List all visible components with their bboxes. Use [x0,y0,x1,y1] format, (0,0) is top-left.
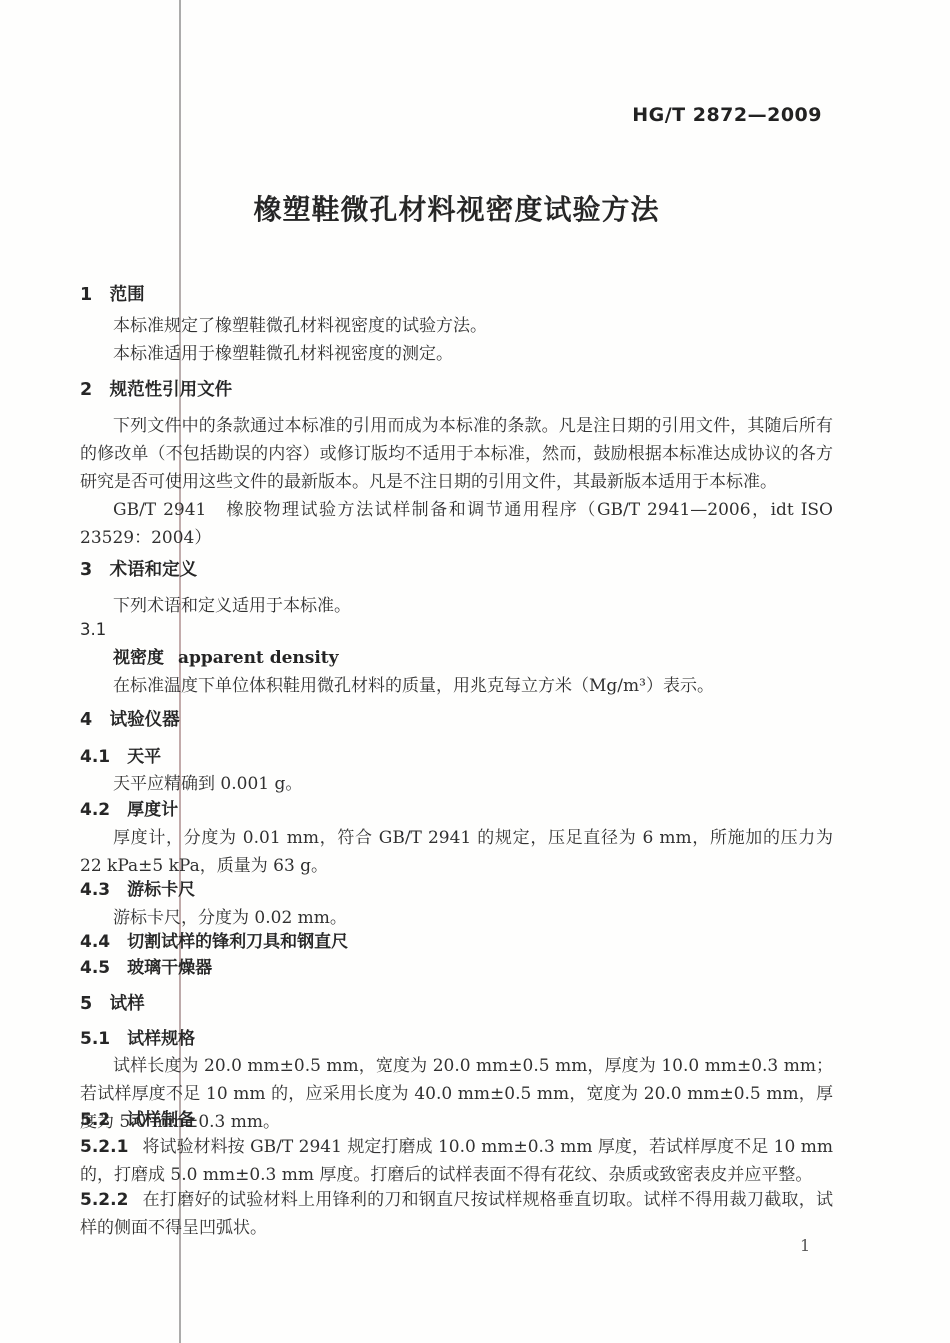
scanned-standard-page: HG/T 2872—2009 橡塑鞋微孔材料视密度试验方法 1 范围 本标准规定… [0,0,950,1343]
section-1-paragraph-1: 本标准规定了橡塑鞋微孔材料视密度的试验方法。 [80,312,833,340]
section-2-reference: GB/T 2941 橡胶物理试验方法试样制备和调节通用程序（GB/T 2941—… [80,496,833,552]
section-3-paragraph: 下列术语和定义适用于本标准。 [80,592,833,620]
clause-5-2-heading: 5.2 试样制备 [80,1108,833,1132]
section-1-paragraph-2: 本标准适用于橡塑鞋微孔材料视密度的测定。 [80,340,833,368]
clause-4-5-heading: 4.5 玻璃干燥器 [80,956,833,980]
clause-4-1-heading: 4.1 天平 [80,745,833,769]
clause-4-3-heading: 4.3 游标卡尺 [80,878,833,902]
section-4-heading: 4 试验仪器 [80,708,833,732]
clause-5-2-1-number: 5.2.1 [80,1137,128,1157]
clause-5-2-1-text: 将试验材料按 GB/T 2941 规定打磨成 10.0 mm±0.3 mm 厚度… [80,1137,833,1185]
clause-5-2-2-text: 在打磨好的试验材料上用锋利的刀和钢直尺按试样规格垂直切取。试样不得用裁刀截取，试… [80,1190,833,1238]
clause-4-4-heading: 4.4 切割试样的锋利刀具和钢直尺 [80,930,833,954]
clause-5-1-heading: 5.1 试样规格 [80,1027,833,1051]
page-number: 1 [800,1236,810,1255]
term-english: apparent density [178,648,339,668]
section-2-heading: 2 规范性引用文件 [80,378,833,402]
clause-4-3-paragraph: 游标卡尺，分度为 0.02 mm。 [80,904,833,932]
section-5-heading: 5 试样 [80,992,833,1016]
section-3-heading: 3 术语和定义 [80,558,833,582]
section-1-heading: 1 范围 [80,283,833,307]
term-definition-line: 视密度apparent density [80,645,833,671]
section-2-paragraph: 下列文件中的条款通过本标准的引用而成为本标准的条款。凡是注日期的引用文件，其随后… [80,412,833,496]
clause-4-1-paragraph: 天平应精确到 0.001 g。 [80,770,833,798]
clause-5-2-2-number: 5.2.2 [80,1190,128,1210]
clause-4-2-paragraph: 厚度计，分度为 0.01 mm，符合 GB/T 2941 的规定，压足直径为 6… [80,824,833,880]
term-chinese: 视密度 [113,648,164,668]
term-definition-text: 在标准温度下单位体积鞋用微孔材料的质量，用兆克每立方米（Mg/m³）表示。 [80,672,833,700]
document-body: 1 范围 本标准规定了橡塑鞋微孔材料视密度的试验方法。 本标准适用于橡塑鞋微孔材… [80,0,833,1343]
clause-5-2-1-paragraph: 5.2.1将试验材料按 GB/T 2941 规定打磨成 10.0 mm±0.3 … [80,1133,833,1189]
clause-5-2-2-paragraph: 5.2.2在打磨好的试验材料上用锋利的刀和钢直尺按试样规格垂直切取。试样不得用裁… [80,1186,833,1242]
clause-3-1-number: 3.1 [80,620,833,639]
clause-4-2-heading: 4.2 厚度计 [80,798,833,822]
